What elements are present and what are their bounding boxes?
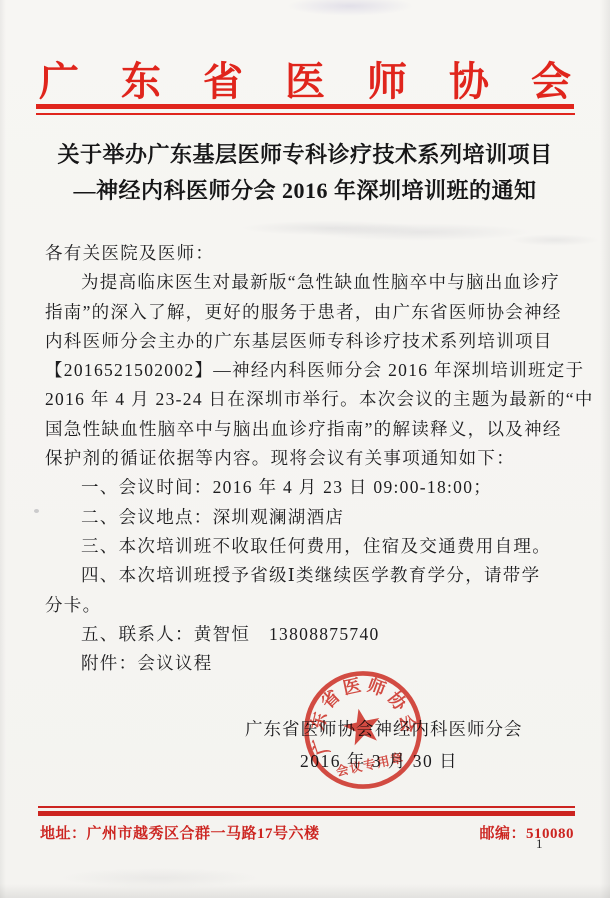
body-line: 附件：会议议程 xyxy=(45,649,567,678)
footer-address: 地址：广州市越秀区合群一马路17号六楼 xyxy=(40,822,320,843)
body-line: 【2016521502002】—神经内科医师分会 2016 年深圳培训班定于 xyxy=(45,356,567,385)
footer-rule-thin xyxy=(38,806,575,808)
org-title: 广 东 省 医 师 协 会 xyxy=(0,50,610,107)
body-line: 保护剂的循证依据等内容。现将会议有关事项通知如下： xyxy=(45,444,567,473)
doc-title-line-2: —神经内科医师分会 2016 年深圳培训班的通知 xyxy=(0,173,610,209)
official-seal: 广东省医师协会 会议专用章 xyxy=(289,656,436,803)
body-line: 内科医师分会主办的广东基层医师专科诊疗技术系列培训项目 xyxy=(45,327,567,356)
body-line: 国急性缺血性脑卒中与脑出血诊疗指南”的解读释义，以及神经 xyxy=(45,415,567,444)
doc-title: 关于举办广东基层医师专科诊疗技术系列培训项目 —神经内科医师分会 2016 年深… xyxy=(0,137,610,209)
header-rule-thick xyxy=(36,104,574,109)
paper: 广 东 省 医 师 协 会 关于举办广东基层医师专科诊疗技术系列培训项目 —神经… xyxy=(0,0,610,898)
body-line: 三、本次培训班不收取任何费用，住宿及交通费用自理。 xyxy=(45,532,567,561)
body-line: 四、本次培训班授予省级Ⅰ类继续医学教育学分，请带学 xyxy=(45,561,567,590)
scan-bleedthrough xyxy=(60,868,260,888)
body-line: 为提高临床医生对最新版“急性缺血性脑卒中与脑出血诊疗 xyxy=(45,268,567,297)
body-line: 二、会议地点：深圳观澜湖酒店 xyxy=(45,503,567,532)
footer-row: 地址：广州市越秀区合群一马路17号六楼 邮编：510080 xyxy=(40,822,574,843)
header-rule-thin xyxy=(36,113,575,115)
body-line: 一、会议时间：2016 年 4 月 23 日 09:00-18:00； xyxy=(45,473,567,502)
body-line: 分卡。 xyxy=(45,591,567,620)
page-number: 1 xyxy=(536,836,543,852)
body-text: 各有关医院及医师： 为提高临床医生对最新版“急性缺血性脑卒中与脑出血诊疗 指南”… xyxy=(45,239,567,678)
body-line: 五、联系人：黄智恒 13808875740 xyxy=(45,620,567,649)
seal-star xyxy=(340,705,383,747)
footer-postal-code: 邮编：510080 xyxy=(479,822,574,843)
doc-title-line-1: 关于举办广东基层医师专科诊疗技术系列培训项目 xyxy=(0,137,610,173)
body-line: 2016 年 4 月 23-24 日在深圳市举行。本次会议的主题为最新的“中 xyxy=(45,385,567,414)
scan-artifact-dot xyxy=(34,509,39,513)
footer-rule-thick xyxy=(38,811,575,816)
body-line: 指南”的深入了解，更好的服务于患者，由广东省医师协会神经 xyxy=(45,298,567,327)
body-line: 各有关医院及医师： xyxy=(45,239,567,268)
